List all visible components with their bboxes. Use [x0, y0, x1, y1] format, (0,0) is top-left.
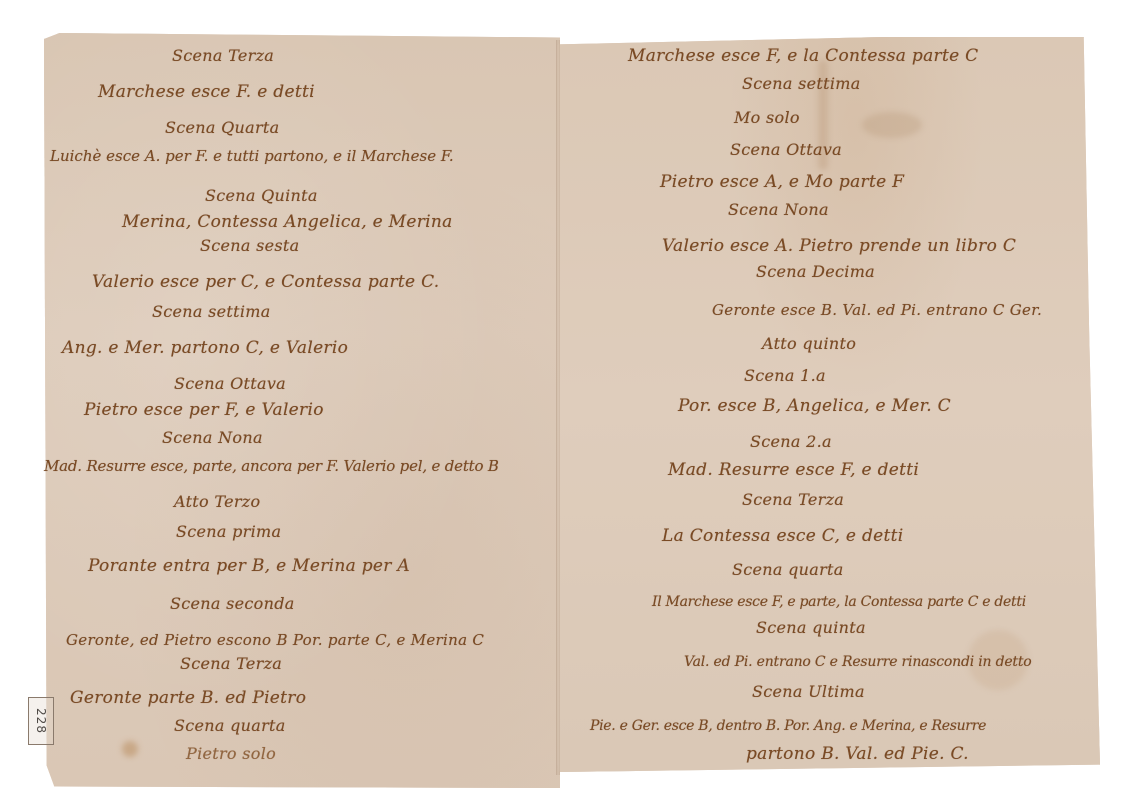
right-line: Scena settima	[742, 74, 861, 94]
right-line: Scena 2.a	[750, 432, 832, 452]
archive-stamp-number: 228	[34, 708, 48, 734]
left-line: Pietro esce per F, e Valerio	[84, 400, 324, 420]
right-line: Scena Ottava	[730, 140, 842, 160]
left-line: Atto Terzo	[174, 492, 260, 512]
right-line: Por. esce B, Angelica, e Mer. C	[678, 396, 951, 416]
left-line: Scena prima	[176, 522, 281, 542]
foxing-spot	[122, 741, 138, 757]
water-stain	[862, 112, 922, 138]
left-line: Scena Quinta	[205, 186, 318, 206]
left-line: Geronte, ed Pietro escono B Por. parte C…	[66, 630, 484, 650]
right-line: Il Marchese esce F, e parte, la Contessa…	[652, 592, 1026, 612]
right-line: Scena Ultima	[752, 682, 865, 702]
center-fold	[556, 40, 560, 775]
manuscript-spread: 228 Scena Terza Marchese esce F. e detti…	[0, 0, 1131, 800]
right-line: Val. ed Pi. entrano C e Resurre rinascon…	[684, 652, 1032, 672]
right-line: La Contessa esce C, e detti	[662, 526, 904, 546]
right-line: Pie. e Ger. esce B, dentro B. Por. Ang. …	[590, 716, 986, 736]
left-line: Ang. e Mer. partono C, e Valerio	[62, 338, 348, 358]
right-line: Valerio esce A. Pietro prende un libro C	[662, 236, 1016, 256]
left-line: Scena Ottava	[174, 374, 286, 394]
left-line: Luichè esce A. per F. e tutti partono, e…	[50, 146, 454, 166]
archive-stamp: 228	[28, 697, 54, 745]
right-line: Scena quarta	[732, 560, 844, 580]
left-line: Scena Quarta	[165, 118, 280, 138]
left-line: Scena settima	[152, 302, 271, 322]
left-line: Scena quarta	[174, 716, 286, 736]
left-line: Scena seconda	[170, 594, 295, 614]
left-line: Pietro solo	[186, 744, 276, 764]
left-line: Mad. Resurre esce, parte, ancora per F. …	[44, 456, 499, 476]
left-line: Porante entra per B, e Merina per A	[88, 556, 410, 576]
right-line: Marchese esce F, e la Contessa parte C	[628, 46, 978, 66]
left-line: Scena Terza	[180, 654, 282, 674]
right-line: partono B. Val. ed Pie. C.	[746, 744, 969, 764]
right-line: Scena 1.a	[744, 366, 826, 386]
left-line: Marchese esce F. e detti	[98, 82, 315, 102]
right-line: Scena quinta	[756, 618, 866, 638]
right-line: Scena Decima	[756, 262, 875, 282]
right-line: Geronte esce B. Val. ed Pi. entrano C Ge…	[712, 300, 1042, 320]
left-line: Scena Nona	[162, 428, 263, 448]
right-line: Atto quinto	[762, 334, 856, 354]
left-line: Scena Terza	[172, 46, 274, 66]
left-line: Scena sesta	[200, 236, 299, 256]
left-line: Geronte parte B. ed Pietro	[70, 688, 306, 708]
right-line: Scena Terza	[742, 490, 844, 510]
right-line: Mo solo	[734, 108, 800, 128]
right-line: Scena Nona	[728, 200, 829, 220]
right-line: Mad. Resurre esce F, e detti	[668, 460, 919, 480]
right-line: Pietro esce A, e Mo parte F	[660, 172, 904, 192]
left-line: Merina, Contessa Angelica, e Merina	[122, 212, 453, 232]
left-line: Valerio esce per C, e Contessa parte C.	[92, 272, 439, 292]
